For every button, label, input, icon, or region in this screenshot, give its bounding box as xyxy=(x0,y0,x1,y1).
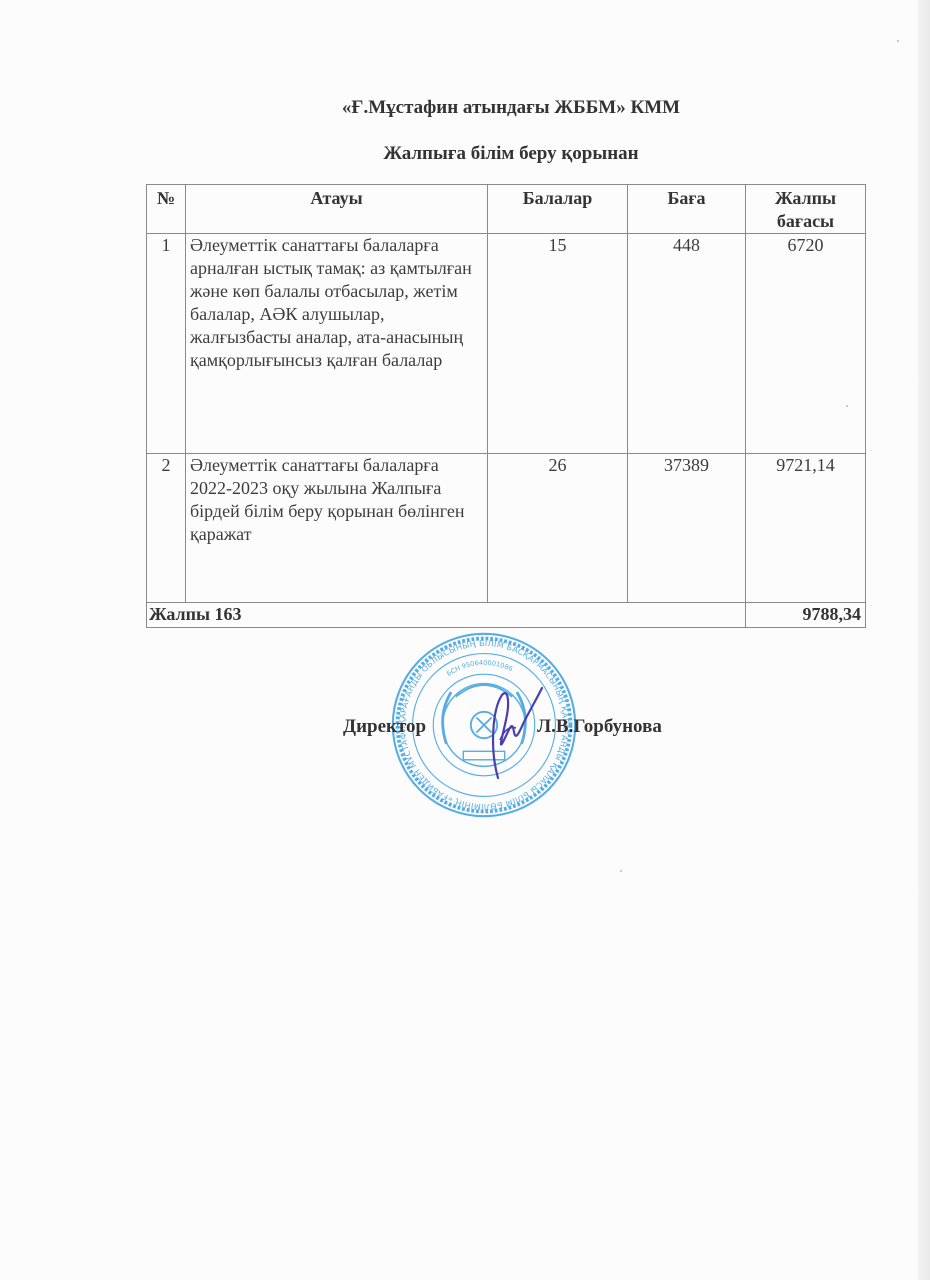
svg-text:БСН 950640001086: БСН 950640001086 xyxy=(445,659,514,678)
table-header-row: № Атауы Балалар Баға Жалпы бағасы xyxy=(147,185,866,234)
total-label: Жалпы 163 xyxy=(147,603,746,628)
row-price: 448 xyxy=(628,234,746,454)
document-subtitle: Жалпыға білім беру қорынан xyxy=(46,143,930,165)
total-value: 9788,34 xyxy=(746,603,866,628)
row-name: Әлеуметтік санаттағы балаларға арналған … xyxy=(186,234,488,454)
stamp-bin-text: БСН 950640001086 xyxy=(445,659,514,678)
funds-table: № Атауы Балалар Баға Жалпы бағасы 1 Әлеу… xyxy=(146,184,866,628)
signatory-role: Директор xyxy=(343,716,426,738)
row-number: 1 xyxy=(147,234,186,454)
scan-speck xyxy=(620,870,622,872)
column-header-total: Жалпы бағасы xyxy=(746,185,866,234)
row-total: 9721,14 xyxy=(746,454,866,603)
signature-block: Директор Л.В.Горбунова xyxy=(0,716,930,746)
row-total: 6720 xyxy=(746,234,866,454)
column-header-name: Атауы xyxy=(186,185,488,234)
row-name: Әлеуметтік санаттағы балаларға 2022-2023… xyxy=(186,454,488,603)
row-price: 37389 xyxy=(628,454,746,603)
table-row: 2 Әлеуметтік санаттағы балаларға 2022-20… xyxy=(147,454,866,603)
scan-edge xyxy=(918,0,930,1280)
row-number: 2 xyxy=(147,454,186,603)
row-children: 15 xyxy=(488,234,628,454)
row-children: 26 xyxy=(488,454,628,603)
table-total-row: Жалпы 163 9788,34 xyxy=(147,603,866,628)
column-header-children: Балалар xyxy=(488,185,628,234)
scan-speck xyxy=(846,405,848,407)
scan-speck xyxy=(897,40,899,42)
signatory-name: Л.В.Горбунова xyxy=(537,716,662,738)
column-header-price: Баға xyxy=(628,185,746,234)
column-header-number: № xyxy=(147,185,186,234)
table-row: 1 Әлеуметтік санаттағы балаларға арналға… xyxy=(147,234,866,454)
organization-title: «Ғ.Мұстафин атындағы ЖББМ» КММ xyxy=(46,97,930,119)
